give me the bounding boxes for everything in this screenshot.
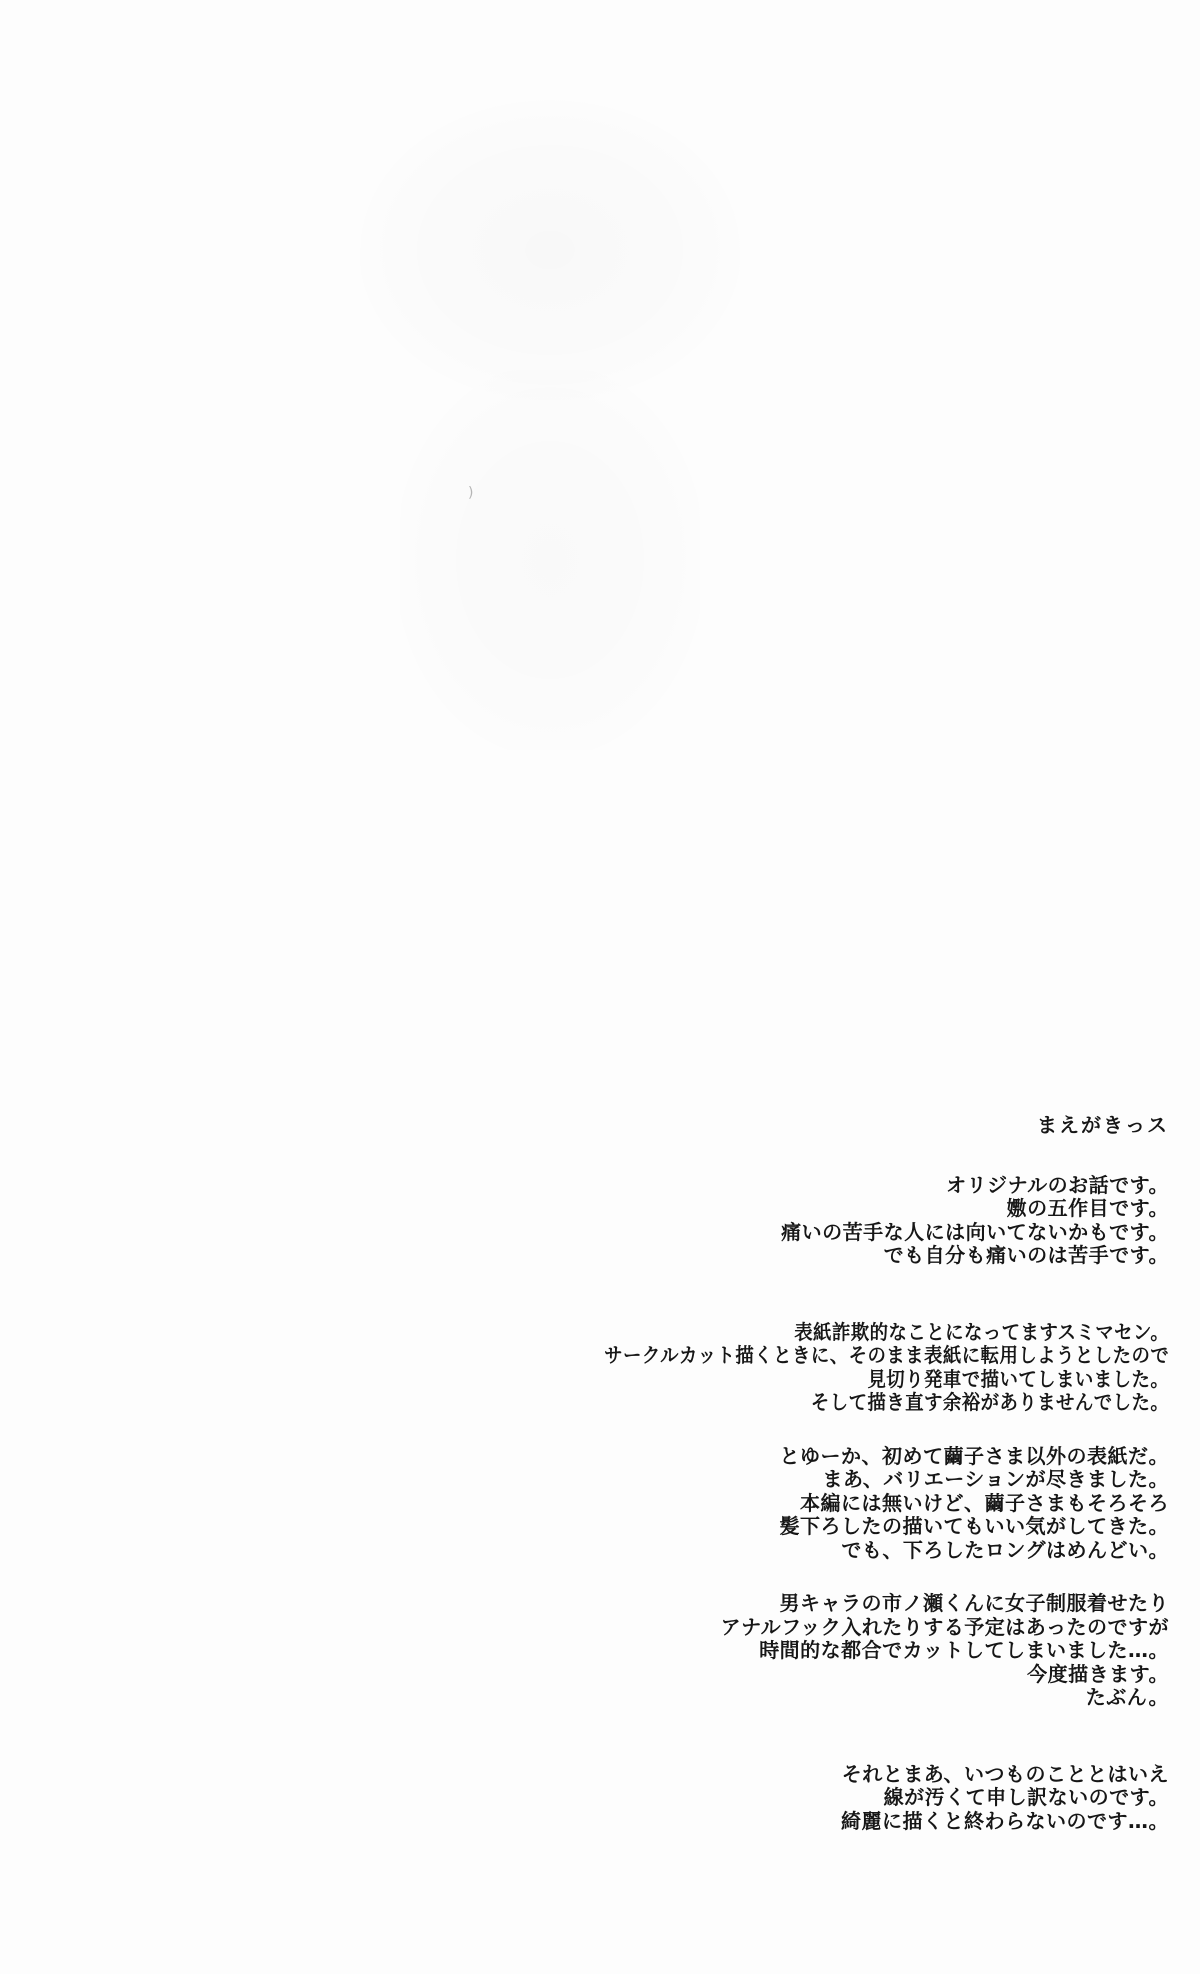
ghost-body-shape bbox=[400, 370, 700, 750]
text-line: でも自分も痛いのは苦手です。 bbox=[555, 1244, 1169, 1268]
text-line: そして描き直す余裕がありませんでした。 bbox=[604, 1391, 1169, 1415]
text-line: 線が汚くて申し訳ないのです。 bbox=[555, 1786, 1169, 1810]
text-line: 表紙詐欺的なことになってますスミマセン。 bbox=[604, 1321, 1169, 1345]
text-line: オリジナルのお話です。 bbox=[555, 1174, 1169, 1198]
text-line: でも、下ろしたロングはめんどい。 bbox=[555, 1539, 1169, 1563]
paragraph-cover-apology: 表紙詐欺的なことになってますスミマセン。 サークルカット描くときに、そのまま表紙… bbox=[555, 1321, 1169, 1415]
paragraph-cover-character: とゆーか、初めて繭子さま以外の表紙だ。 まあ、バリエーションが尽きました。 本編… bbox=[555, 1445, 1169, 1563]
text-line: 痛いの苦手な人には向いてないかもです。 bbox=[555, 1221, 1169, 1245]
text-line: 嫐の五作目です。 bbox=[555, 1197, 1169, 1221]
text-line: 綺麗に描くと終わらないのです…。 bbox=[555, 1810, 1169, 1834]
text-line: 男キャラの市ノ瀬くんに女子制服着せたり bbox=[555, 1592, 1169, 1616]
afterword-text-column: まえがきっス オリジナルのお話です。 嫐の五作目です。 痛いの苦手な人には向いて… bbox=[555, 1114, 1169, 1833]
text-line: アナルフック入れたりする予定はあったのですが bbox=[555, 1616, 1169, 1640]
text-line: 髪下ろしたの描いてもいい気がしてきた。 bbox=[555, 1515, 1169, 1539]
paragraph-cut-content: 男キャラの市ノ瀬くんに女子制服着せたり アナルフック入れたりする予定はあったので… bbox=[555, 1592, 1169, 1710]
text-line: サークルカット描くときに、そのまま表紙に転用しようとしたので bbox=[604, 1344, 1169, 1368]
paragraph-original-story: オリジナルのお話です。 嫐の五作目です。 痛いの苦手な人には向いてないかもです。… bbox=[555, 1174, 1169, 1268]
ghost-pencil-mark: ) bbox=[468, 485, 473, 501]
text-line: まあ、バリエーションが尽きました。 bbox=[555, 1468, 1169, 1492]
text-line: たぶん。 bbox=[555, 1686, 1169, 1710]
text-line: 今度描きます。 bbox=[555, 1663, 1169, 1687]
faint-background-sketch: ) bbox=[340, 90, 760, 770]
paragraph-linework-apology: それとまあ、いつものこととはいえ 線が汚くて申し訳ないのです。 綺麗に描くと終わ… bbox=[555, 1763, 1169, 1834]
text-line: 時間的な都合でカットしてしまいました…。 bbox=[555, 1639, 1169, 1663]
text-line: 本編には無いけど、繭子さまもそろそろ bbox=[555, 1492, 1169, 1516]
ghost-head-shape bbox=[360, 100, 740, 400]
text-line: とゆーか、初めて繭子さま以外の表紙だ。 bbox=[555, 1445, 1169, 1469]
text-line: それとまあ、いつものこととはいえ bbox=[555, 1763, 1169, 1787]
text-line: 見切り発車で描いてしまいました。 bbox=[604, 1368, 1169, 1392]
page-heading: まえがきっス bbox=[555, 1114, 1169, 1138]
